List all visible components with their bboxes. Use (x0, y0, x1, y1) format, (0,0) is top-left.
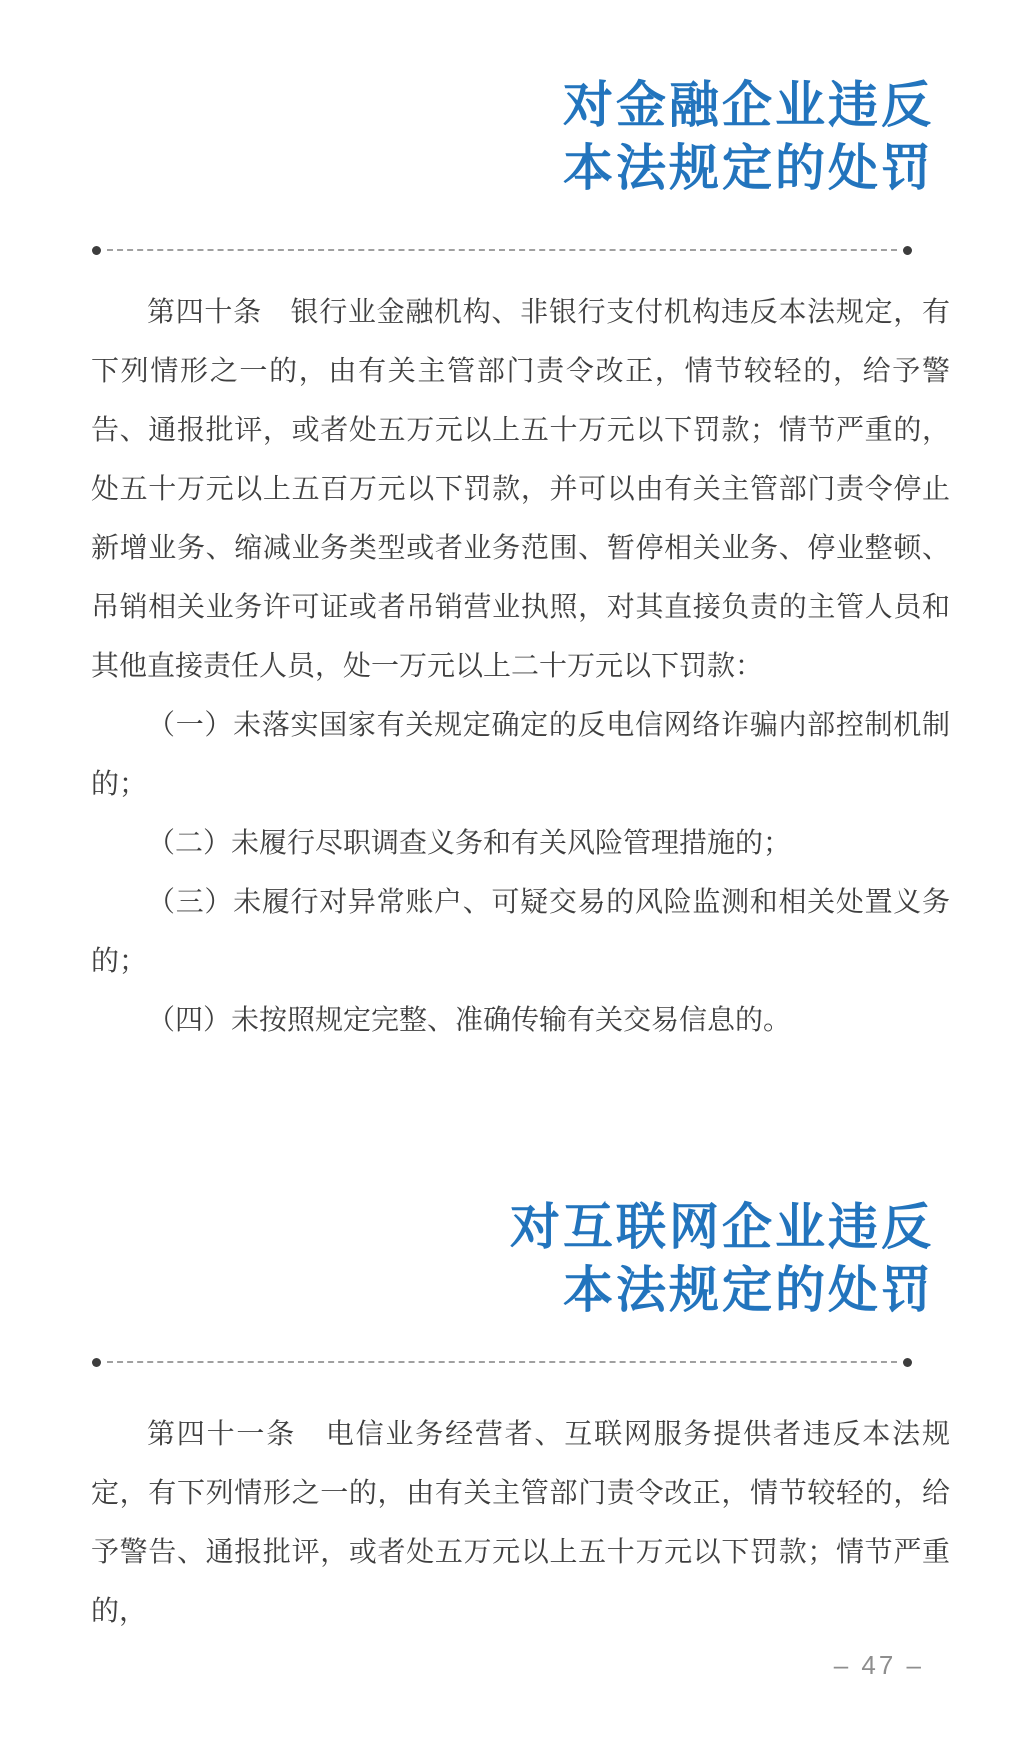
divider-dashed-line (107, 1361, 897, 1363)
article-40-intro: 第四十条 银行业金融机构、非银行支付机构违反本法规定，有下列情形之一的，由有关主… (91, 282, 950, 695)
section-heading-internet: 对互联网企业违反 本法规定的处罚 (90, 1196, 934, 1322)
divider-dot-left (92, 246, 101, 255)
section-heading-internet-line-1: 对互联网企业违反 (90, 1196, 934, 1259)
section-divider (92, 244, 912, 256)
article-41: 第四十一条 电信业务经营者、互联网服务提供者违反本法规定，有下列情形之一的，由有… (91, 1404, 950, 1640)
section-heading-financial-line-2: 本法规定的处罚 (90, 137, 934, 200)
article-40-item-4: （四）未按照规定完整、准确传输有关交易信息的。 (91, 990, 950, 1049)
divider-dashed-line (107, 249, 897, 251)
document-page: 对金融企业违反 本法规定的处罚 第四十条 银行业金融机构、非银行支付机构违反本法… (0, 0, 1024, 1748)
page-number: – 47 – (834, 1650, 924, 1680)
divider-dot-right (903, 1358, 912, 1367)
article-40-item-1: （一）未落实国家有关规定确定的反电信网络诈骗内部控制机制的； (91, 695, 950, 813)
article-40-item-3: （三）未履行对异常账户、可疑交易的风险监测和相关处置义务的； (91, 872, 950, 990)
article-41-intro: 第四十一条 电信业务经营者、互联网服务提供者违反本法规定，有下列情形之一的，由有… (91, 1404, 950, 1640)
article-40: 第四十条 银行业金融机构、非银行支付机构违反本法规定，有下列情形之一的，由有关主… (91, 282, 950, 1049)
section-heading-internet-line-2: 本法规定的处罚 (90, 1259, 934, 1322)
section-divider (92, 1356, 912, 1368)
page-footer: – 47 – (834, 1650, 924, 1681)
section-heading-financial-line-1: 对金融企业违反 (90, 74, 934, 137)
section-heading-financial: 对金融企业违反 本法规定的处罚 (90, 74, 934, 200)
divider-dot-left (92, 1358, 101, 1367)
article-40-item-2: （二）未履行尽职调查义务和有关风险管理措施的； (91, 813, 950, 872)
divider-dot-right (903, 246, 912, 255)
